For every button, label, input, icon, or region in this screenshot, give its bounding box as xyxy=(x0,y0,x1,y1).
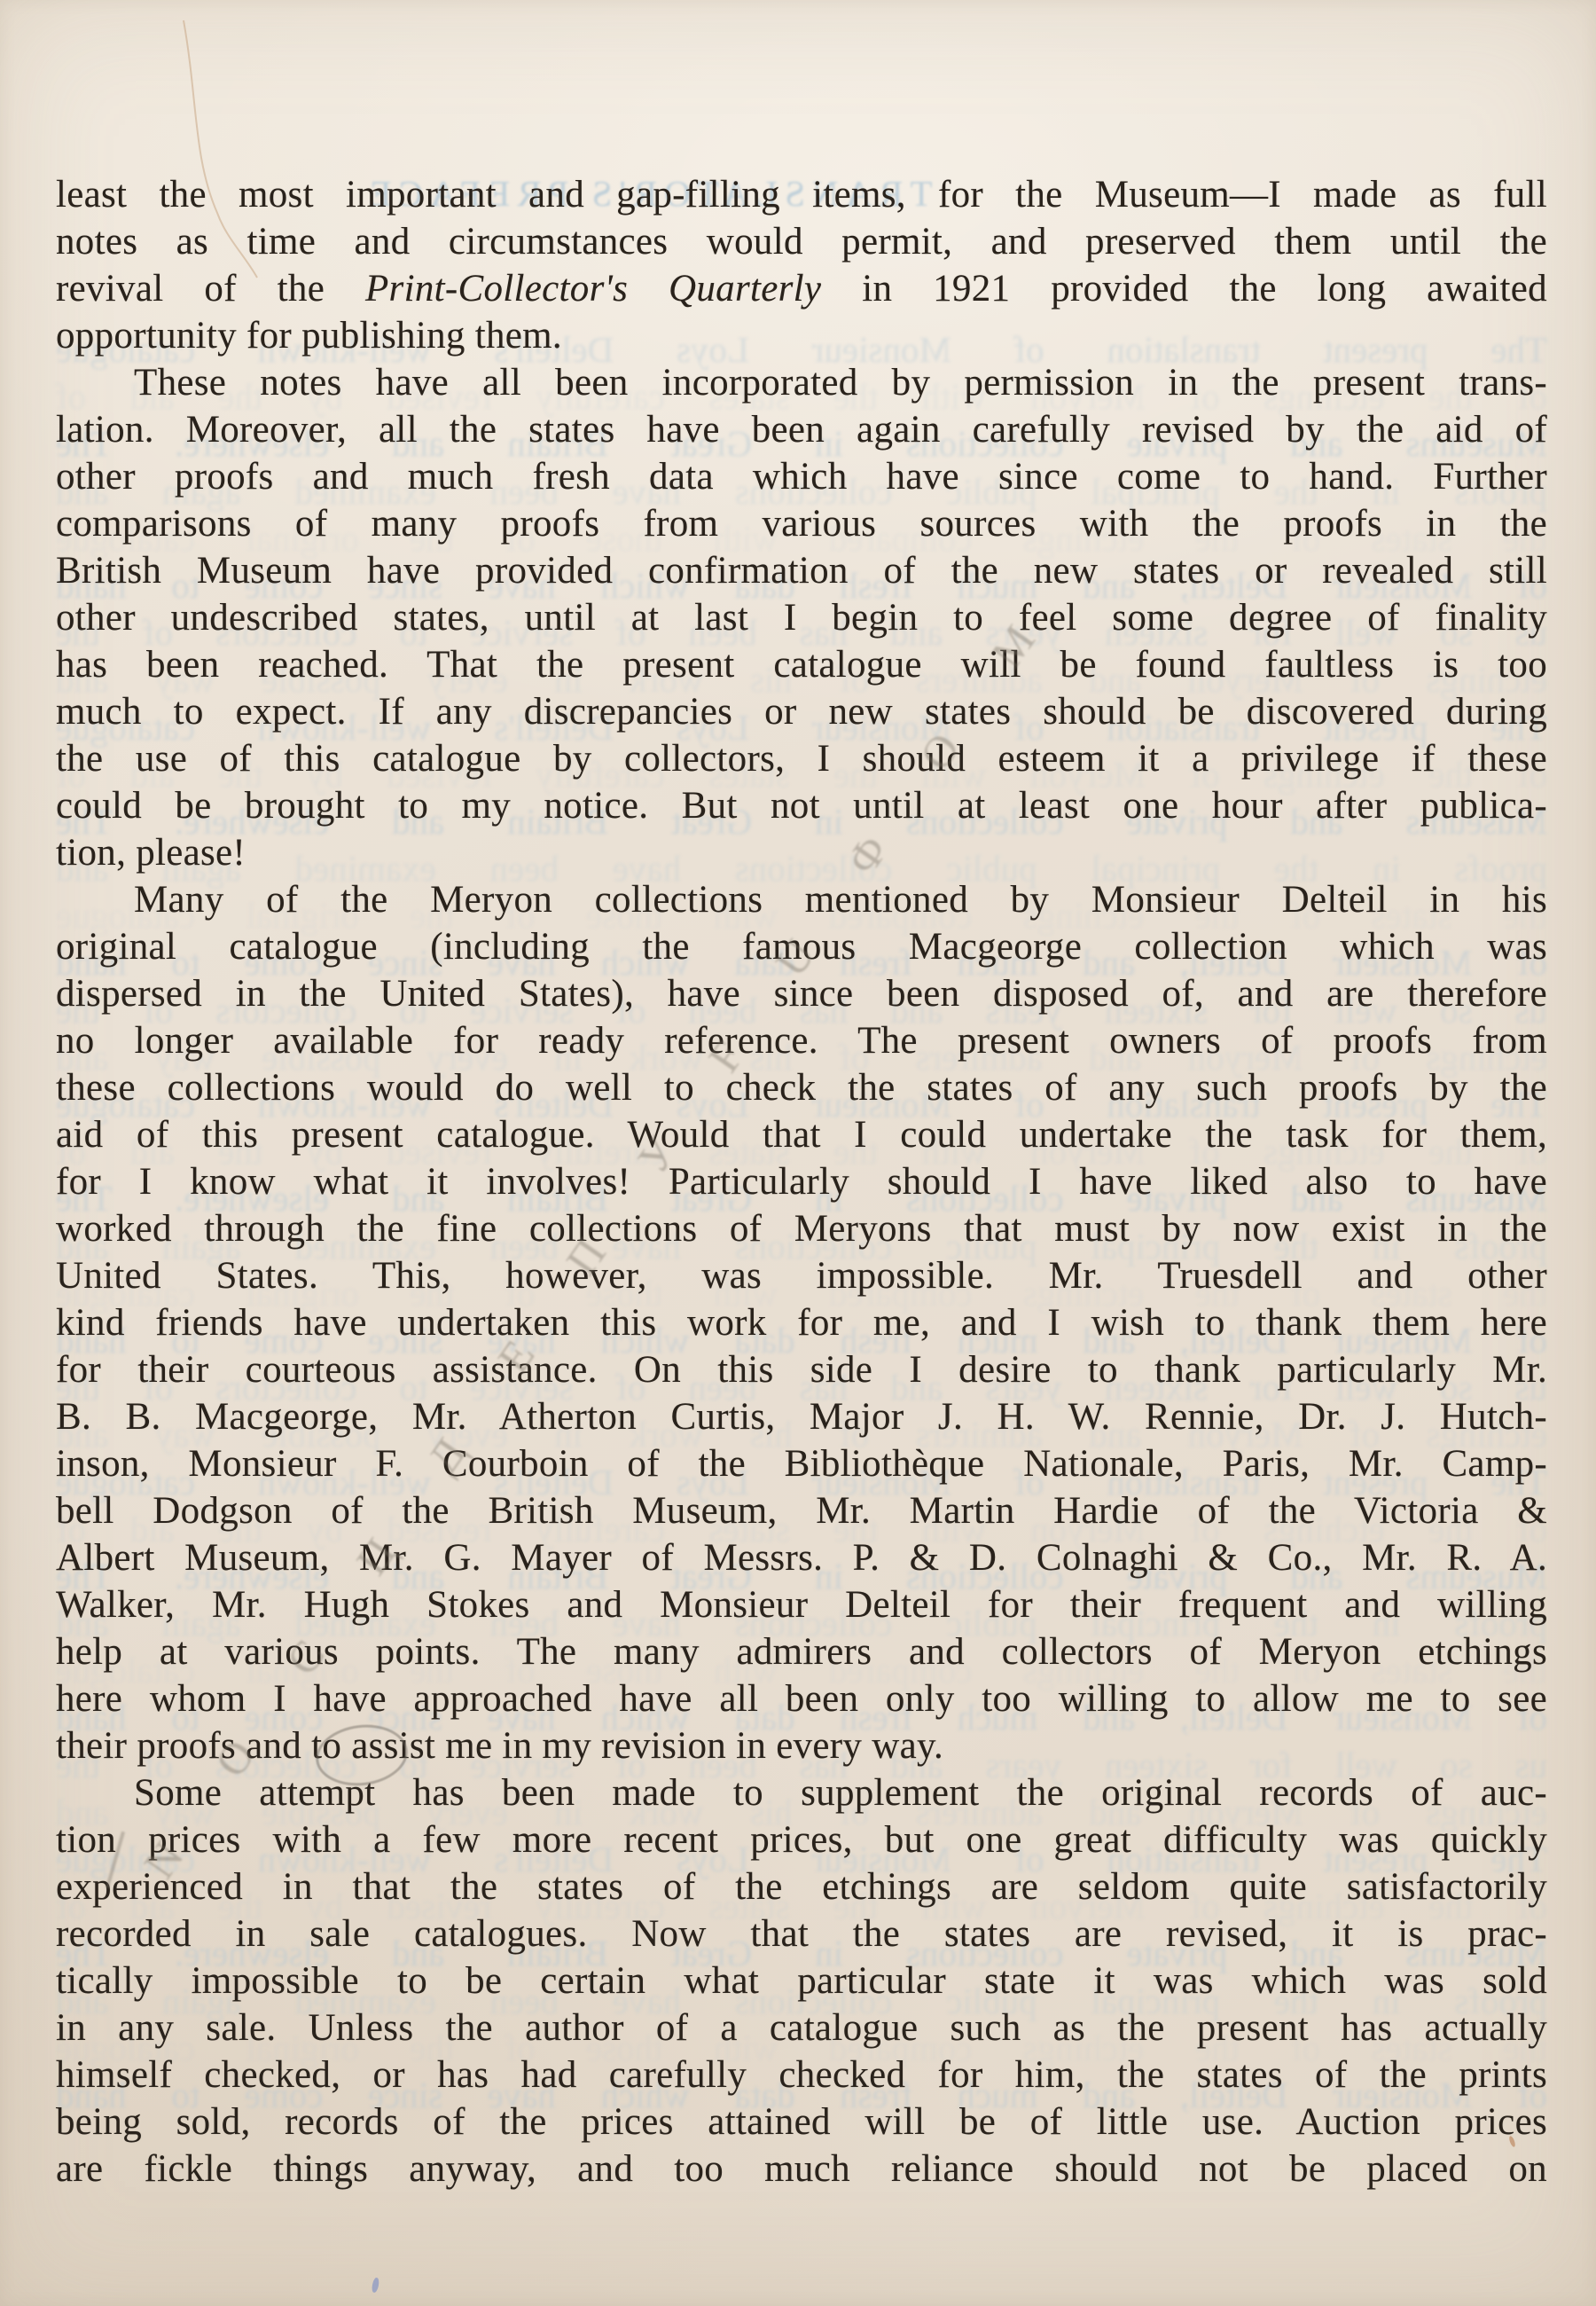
text-segment: B. B. Macgeorge, Mr. Atherton Curtis, Ma… xyxy=(56,1396,1547,1438)
text-segment: has been reached. That the present catal… xyxy=(56,644,1547,686)
text-segment: these collections would do well to check… xyxy=(56,1067,1547,1109)
text-line: kind friends have undertaken this work f… xyxy=(56,1299,1547,1346)
text-line: Albert Museum, Mr. G. Mayer of Messrs. P… xyxy=(56,1534,1547,1581)
text-segment: the use of this catalogue by collectors,… xyxy=(56,738,1547,780)
text-segment: Walker, Mr. Hugh Stokes and Monsieur Del… xyxy=(56,1584,1547,1626)
text-segment: tion, please! xyxy=(56,832,246,874)
text-line: much to expect. If any discrepancies or … xyxy=(56,688,1547,735)
text-line: notes as time and circumstances would pe… xyxy=(56,218,1547,265)
text-line: could be brought to my notice. But not u… xyxy=(56,782,1547,829)
text-segment: no longer available for ready reference.… xyxy=(56,1020,1547,1062)
text-segment: in any sale. Unless the author of a cata… xyxy=(56,2007,1547,2049)
text-line: for their courteous assistance. On this … xyxy=(56,1346,1547,1393)
text-line: inson, Monsieur F. Courboin of the Bibli… xyxy=(56,1440,1547,1487)
text-line: in any sale. Unless the author of a cata… xyxy=(56,2004,1547,2051)
text-segment: Albert Museum, Mr. G. Mayer of Messrs. P… xyxy=(56,1537,1547,1579)
text-line: tion prices with a few more recent price… xyxy=(56,1816,1547,1863)
text-line: for I know what it involves! Particularl… xyxy=(56,1158,1547,1205)
text-segment: for their courteous assistance. On this … xyxy=(56,1349,1547,1391)
text-line: himself checked, or has had carefully ch… xyxy=(56,2051,1547,2098)
text-line: Walker, Mr. Hugh Stokes and Monsieur Del… xyxy=(56,1581,1547,1628)
text-line: lation. Moreover, all the states have be… xyxy=(56,406,1547,453)
text-line: worked through the fine collections of M… xyxy=(56,1205,1547,1252)
text-segment: recorded in sale catalogues. Now that th… xyxy=(56,1913,1547,1955)
text-line: tion, please! xyxy=(56,829,1547,876)
text-line: bell Dodgson of the British Museum, Mr. … xyxy=(56,1487,1547,1534)
text-segment: lation. Moreover, all the states have be… xyxy=(56,409,1547,451)
text-segment: comparisons of many proofs from various … xyxy=(56,503,1547,545)
text-line: These notes have all been incorporated b… xyxy=(56,359,1547,406)
text-segment: inson, Monsieur F. Courboin of the Bibli… xyxy=(56,1443,1547,1485)
text-segment: bell Dodgson of the British Museum, Mr. … xyxy=(56,1490,1547,1532)
text-segment: for I know what it involves! Particularl… xyxy=(56,1161,1547,1203)
text-segment: other proofs and much fresh data which h… xyxy=(56,456,1547,498)
text-line: experienced in that the states of the et… xyxy=(56,1863,1547,1910)
text-segment: worked through the fine collections of M… xyxy=(56,1208,1547,1250)
text-line: Some attempt has been made to supplement… xyxy=(56,1769,1547,1816)
text-segment: United States. This, however, was imposs… xyxy=(56,1255,1547,1297)
text-line: these collections would do well to check… xyxy=(56,1064,1547,1111)
text-segment: These notes have all been incorporated b… xyxy=(134,362,1547,404)
text-segment: himself checked, or has had carefully ch… xyxy=(56,2054,1547,2096)
text-segment: least the most important and gap-filling… xyxy=(56,174,1547,216)
text-line: recorded in sale catalogues. Now that th… xyxy=(56,1910,1547,1957)
text-line: revival of the Print-Collector's Quarter… xyxy=(56,265,1547,312)
body-text: least the most important and gap-filling… xyxy=(56,171,1547,2192)
text-line: least the most important and gap-filling… xyxy=(56,171,1547,218)
scanned-book-page: TRANSLATOR'S PREFACE The present transla… xyxy=(0,0,1596,2306)
text-line: British Museum have provided confirmatio… xyxy=(56,547,1547,594)
text-line: no longer available for ready reference.… xyxy=(56,1017,1547,1064)
text-line: comparisons of many proofs from various … xyxy=(56,500,1547,547)
text-segment: tion prices with a few more recent price… xyxy=(56,1819,1547,1861)
text-segment: in 1921 provided the long awaited xyxy=(821,268,1547,310)
text-line: opportunity for publishing them. xyxy=(56,312,1547,359)
text-segment: kind friends have undertaken this work f… xyxy=(56,1302,1547,1344)
text-segment: opportunity for publishing them. xyxy=(56,315,562,357)
text-segment: tically impossible to be certain what pa… xyxy=(56,1960,1547,2002)
text-line: aid of this present catalogue. Would tha… xyxy=(56,1111,1547,1158)
text-line: has been reached. That the present catal… xyxy=(56,641,1547,688)
text-segment: are fickle things anyway, and too much r… xyxy=(56,2148,1547,2190)
text-segment: aid of this present catalogue. Would tha… xyxy=(56,1114,1547,1156)
text-line: being sold, records of the prices attain… xyxy=(56,2098,1547,2145)
text-line: tically impossible to be certain what pa… xyxy=(56,1957,1547,2004)
text-line: B. B. Macgeorge, Mr. Atherton Curtis, Ma… xyxy=(56,1393,1547,1440)
text-segment: notes as time and circumstances would pe… xyxy=(56,221,1547,263)
text-segment: could be brought to my notice. But not u… xyxy=(56,785,1547,827)
text-segment: being sold, records of the prices attain… xyxy=(56,2101,1547,2143)
text-segment: their proofs and to assist me in my revi… xyxy=(56,1725,943,1767)
italic-title-text: Print-Collector's Quarterly xyxy=(365,268,821,310)
text-line: the use of this catalogue by collectors,… xyxy=(56,735,1547,782)
text-segment: other undescribed states, until at last … xyxy=(56,597,1547,639)
text-line: other proofs and much fresh data which h… xyxy=(56,453,1547,500)
text-segment: much to expect. If any discrepancies or … xyxy=(56,691,1547,733)
text-segment: experienced in that the states of the et… xyxy=(56,1866,1547,1908)
ink-speck xyxy=(371,2277,379,2293)
text-segment: revival of the xyxy=(56,268,365,310)
text-line: are fickle things anyway, and too much r… xyxy=(56,2145,1547,2192)
text-line: United States. This, however, was imposs… xyxy=(56,1252,1547,1299)
text-segment: British Museum have provided confirmatio… xyxy=(56,550,1547,592)
text-line: other undescribed states, until at last … xyxy=(56,594,1547,641)
